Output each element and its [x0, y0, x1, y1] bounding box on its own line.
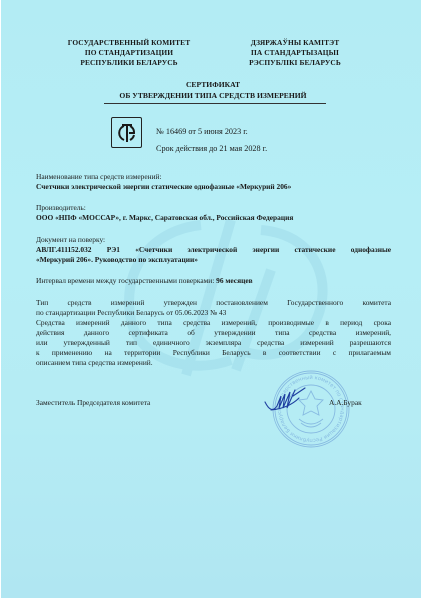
title-line1: СЕРТИФИКАТ — [1, 80, 421, 91]
signer-position: Заместитель Председателя комитета — [36, 398, 150, 408]
certificate-page: ГОСУДАРСТВЕННЫЙ КОМИТЕТ ПО СТАНДАРТИЗАЦИ… — [1, 0, 421, 598]
header-right-line3: РЭСПУБЛІКІ БЕЛАРУСЬ — [235, 58, 355, 68]
para2-line1: Средства измерений данного типа средства… — [36, 318, 391, 328]
gs-logo-icon — [111, 117, 142, 148]
interval-label: Интервал времени между государственными … — [36, 276, 216, 285]
header-right-line1: ДЗЯРЖАЎНЫ КАМІТЭТ — [235, 38, 355, 48]
document-title: СЕРТИФИКАТ ОБ УТВЕРЖДЕНИИ ТИПА СРЕДСТВ И… — [1, 80, 421, 101]
para1-line2: по стандартизации Республики Беларусь от… — [36, 308, 391, 318]
instrument-type-field: Наименование типа средств измерений: Сче… — [36, 172, 391, 192]
verification-doc-label: Документ на поверку: — [36, 235, 391, 245]
signature-icon — [263, 386, 307, 414]
certificate-number: № 16469 от 5 июня 2023 г. — [156, 127, 248, 137]
verification-doc-value-line1: АВЛГ.411152.032 РЭ1 «Счетчики электричес… — [36, 245, 391, 255]
verification-doc-value-line2: «Меркурий 206». Руководство по эксплуата… — [36, 255, 391, 265]
official-stamp-icon: Государственный комитет по стандартизаци… — [271, 369, 351, 449]
para2-line3: или утвержденный тип единичного экземпля… — [36, 338, 391, 348]
manufacturer-label: Производитель: — [36, 203, 391, 213]
certificate-validity: Срок действия до 21 мая 2028 г. — [156, 144, 267, 154]
header-issuer-russian: ГОСУДАРСТВЕННЫЙ КОМИТЕТ ПО СТАНДАРТИЗАЦИ… — [59, 38, 199, 68]
header-left-line3: РЕСПУБЛИКИ БЕЛАРУСЬ — [59, 58, 199, 68]
interval-value: 96 месяцев — [216, 276, 252, 285]
approval-paragraph: Тип средств измерений утвержден постанов… — [36, 298, 391, 368]
title-divider — [104, 103, 326, 104]
header-issuer-belarusian: ДЗЯРЖАЎНЫ КАМІТЭТ ПА СТАНДАРТЫЗАЦЫІ РЭСП… — [235, 38, 355, 68]
manufacturer-value: ООО «НПФ «МОССАР», г. Маркс, Саратовская… — [36, 213, 391, 223]
header-left-line2: ПО СТАНДАРТИЗАЦИИ — [59, 48, 199, 58]
para2-line5: описанием типа средства измерений. — [36, 358, 391, 368]
instrument-type-value: Счетчики электрической энергии статическ… — [36, 182, 391, 192]
title-line2: ОБ УТВЕРЖДЕНИИ ТИПА СРЕДСТВ ИЗМЕРЕНИЙ — [1, 91, 421, 102]
instrument-type-label: Наименование типа средств измерений: — [36, 172, 391, 182]
manufacturer-field: Производитель: ООО «НПФ «МОССАР», г. Мар… — [36, 203, 391, 223]
svg-text:Государственный комитет по ста: Государственный комитет по стандартизаци… — [277, 374, 345, 443]
header-left-line1: ГОСУДАРСТВЕННЫЙ КОМИТЕТ — [59, 38, 199, 48]
para1-line1: Тип средств измерений утвержден постанов… — [36, 298, 391, 308]
signer-name: А.А.Бурак — [329, 398, 362, 408]
verification-doc-field: Документ на поверку: АВЛГ.411152.032 РЭ1… — [36, 235, 391, 265]
interval-field: Интервал времени между государственными … — [36, 276, 391, 286]
para2-line2: действия данного сертификата об утвержде… — [36, 328, 391, 338]
header-right-line2: ПА СТАНДАРТЫЗАЦЫІ — [235, 48, 355, 58]
para2-line4: к применению на территории Республики Бе… — [36, 348, 391, 358]
